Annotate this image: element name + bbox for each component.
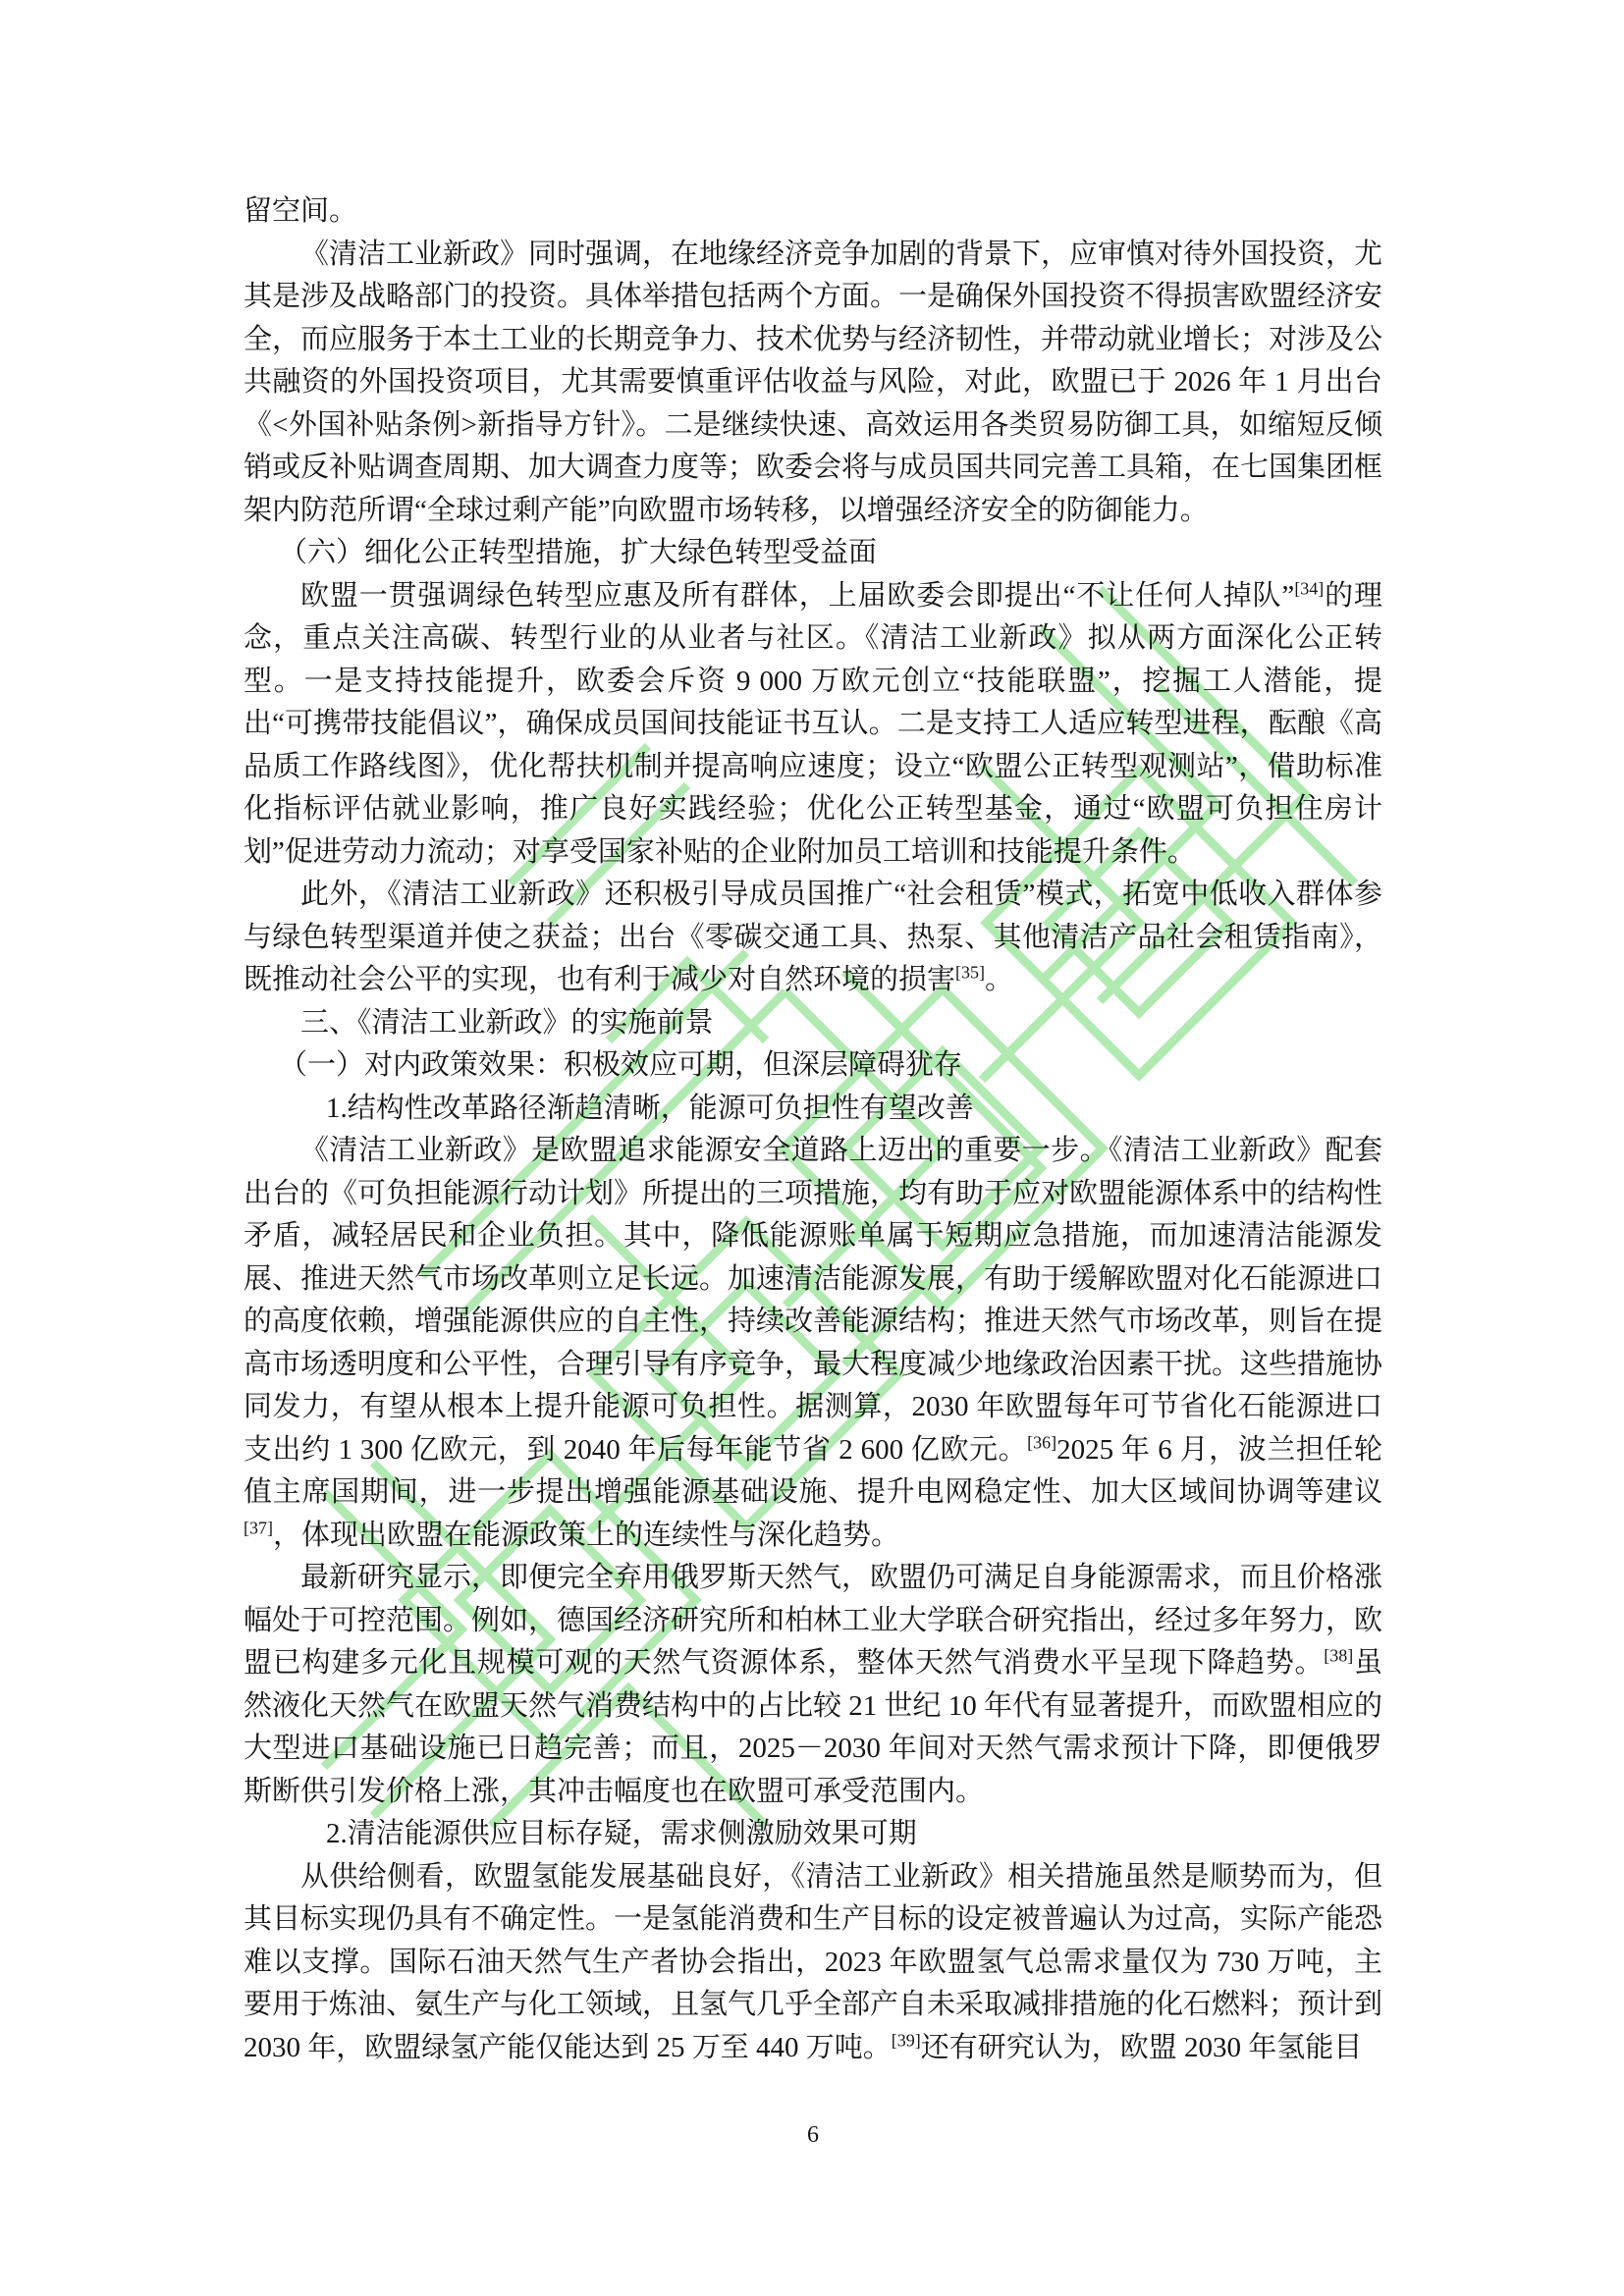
text-run: 。	[985, 964, 1013, 995]
text-run: 留空间。	[244, 195, 357, 227]
footer: 6	[244, 2122, 1382, 2149]
paragraph: 从供给侧看，欧盟氢能发展基础良好，《清洁工业新政》相关措施虽然是顺势而为，但其目…	[244, 1856, 1382, 2070]
text-run: 还有研究认为，欧盟 2030 年氢能目	[921, 2032, 1363, 2063]
paragraph: 此外，《清洁工业新政》还积极引导成员国推广“社会租赁”模式，拓宽中低收入群体参与…	[244, 874, 1382, 1002]
footnote-ref: [39]	[892, 2030, 921, 2050]
paragraph: 欧盟一贯强调绿色转型应惠及所有群体，上届欧委会即提出“不让任何人掉队”[34]的…	[244, 575, 1382, 875]
text-run: 欧盟一贯强调绿色转型应惠及所有群体，上届欧委会即提出“不让任何人掉队”	[300, 580, 1294, 612]
paragraph: 最新研究显示，即便完全弃用俄罗斯天然气，欧盟仍可满足自身能源需求，而且价格涨幅处…	[244, 1557, 1382, 1813]
footnote-ref: [35]	[955, 962, 985, 982]
paragraph: 《清洁工业新政》同时强调，在地缘经济竞争加剧的背景下，应审慎对待外国投资，尤其是…	[244, 234, 1382, 533]
text-run: 最新研究显示，即便完全弃用俄罗斯天然气，欧盟仍可满足自身能源需求，而且价格涨幅处…	[244, 1562, 1382, 1679]
text-run: 三、《清洁工业新政》的实施前景	[300, 1007, 714, 1039]
text-run: 《清洁工业新政》是欧盟追求能源安全道路上迈出的重要一步。《清洁工业新政》配套出台…	[244, 1135, 1382, 1466]
paragraph: 留空间。	[244, 190, 1382, 234]
footnote-ref: [34]	[1294, 578, 1324, 598]
heading: 三、《清洁工业新政》的实施前景	[244, 1002, 1382, 1045]
text-run: 2.清洁能源供应目标存疑，需求侧激励效果可期	[326, 1818, 917, 1849]
text-run: ，体现出欧盟在能源政策上的连续性与深化趋势。	[273, 1520, 899, 1551]
text-run: 1.结构性改革路径渐趋清晰，能源可负担性有望改善	[326, 1093, 974, 1124]
page-number: 6	[807, 2122, 819, 2148]
text-run: 的理念，重点关注高碳、转型行业的从业者与社区。《清洁工业新政》拟从两方面深化公正…	[244, 580, 1382, 868]
text-run: 《清洁工业新政》同时强调，在地缘经济竞争加剧的背景下，应审慎对待外国投资，尤其是…	[244, 239, 1382, 526]
paragraph: 《清洁工业新政》是欧盟追求能源安全道路上迈出的重要一步。《清洁工业新政》配套出台…	[244, 1130, 1382, 1557]
footnote-ref: [36]	[1027, 1432, 1056, 1452]
heading: 1.结构性改革路径渐趋清晰，能源可负担性有望改善	[244, 1088, 1382, 1131]
document-body: 留空间。《清洁工业新政》同时强调，在地缘经济竞争加剧的背景下，应审慎对待外国投资…	[244, 190, 1382, 2069]
document-page: 留空间。《清洁工业新政》同时强调，在地缘经济竞争加剧的背景下，应审慎对待外国投资…	[0, 0, 1624, 2296]
heading: （六）细化公正转型措施，扩大绿色转型受益面	[244, 532, 1382, 575]
footnote-ref: [38]	[1324, 1645, 1353, 1665]
heading: （一）对内政策效果：积极效应可期，但深层障碍犹存	[244, 1044, 1382, 1088]
heading: 2.清洁能源供应目标存疑，需求侧激励效果可期	[244, 1813, 1382, 1856]
text-run: 此外，《清洁工业新政》还积极引导成员国推广“社会租赁”模式，拓宽中低收入群体参与…	[244, 879, 1382, 995]
footnote-ref: [37]	[244, 1518, 273, 1537]
text-run: （六）细化公正转型措施，扩大绿色转型受益面	[279, 537, 877, 568]
text-run: （一）对内政策效果：积极效应可期，但深层障碍犹存	[279, 1049, 962, 1081]
